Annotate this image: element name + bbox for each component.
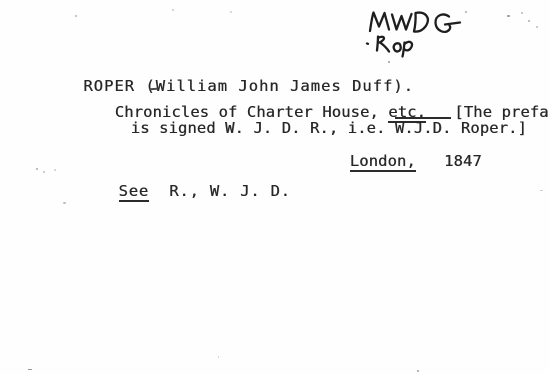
see-reference-line: See R., W. J. D.	[78, 167, 291, 215]
scan-speck	[230, 11, 232, 13]
imprint-date: 1847	[416, 152, 482, 170]
handwriting-strokes	[358, 4, 478, 62]
note-pre: is signed W. J. D. R., i.e.	[131, 119, 395, 137]
note-initials-overlined: W.J.D.	[395, 117, 452, 137]
scan-speck	[388, 61, 390, 63]
scan-speck	[172, 9, 174, 11]
scan-speck	[528, 20, 530, 22]
note-post: Roper.]	[451, 119, 526, 137]
see-target: R., W. J. D.	[149, 182, 291, 200]
scan-speck	[54, 169, 56, 171]
see-label-underlined: See	[119, 182, 149, 202]
handwritten-shelfmark: MWDG Rop	[358, 4, 478, 62]
scan-speck	[465, 11, 467, 13]
scan-speck	[75, 15, 77, 17]
scan-speck	[521, 12, 523, 14]
scan-speck	[540, 190, 543, 191]
scan-speck	[218, 356, 219, 358]
imprint-place-underlined: London,	[350, 152, 416, 172]
scan-speck	[417, 370, 419, 372]
catalogue-card-scan: MWDG Rop ROPER (William John James Duff)…	[0, 0, 550, 374]
scan-speck	[63, 202, 66, 204]
scan-speck	[507, 15, 510, 17]
scan-speck	[36, 168, 38, 170]
scan-speck	[43, 171, 45, 173]
imprint-line: London, 1847	[312, 137, 482, 185]
scan-speck	[28, 369, 32, 370]
scan-speck	[536, 26, 538, 28]
